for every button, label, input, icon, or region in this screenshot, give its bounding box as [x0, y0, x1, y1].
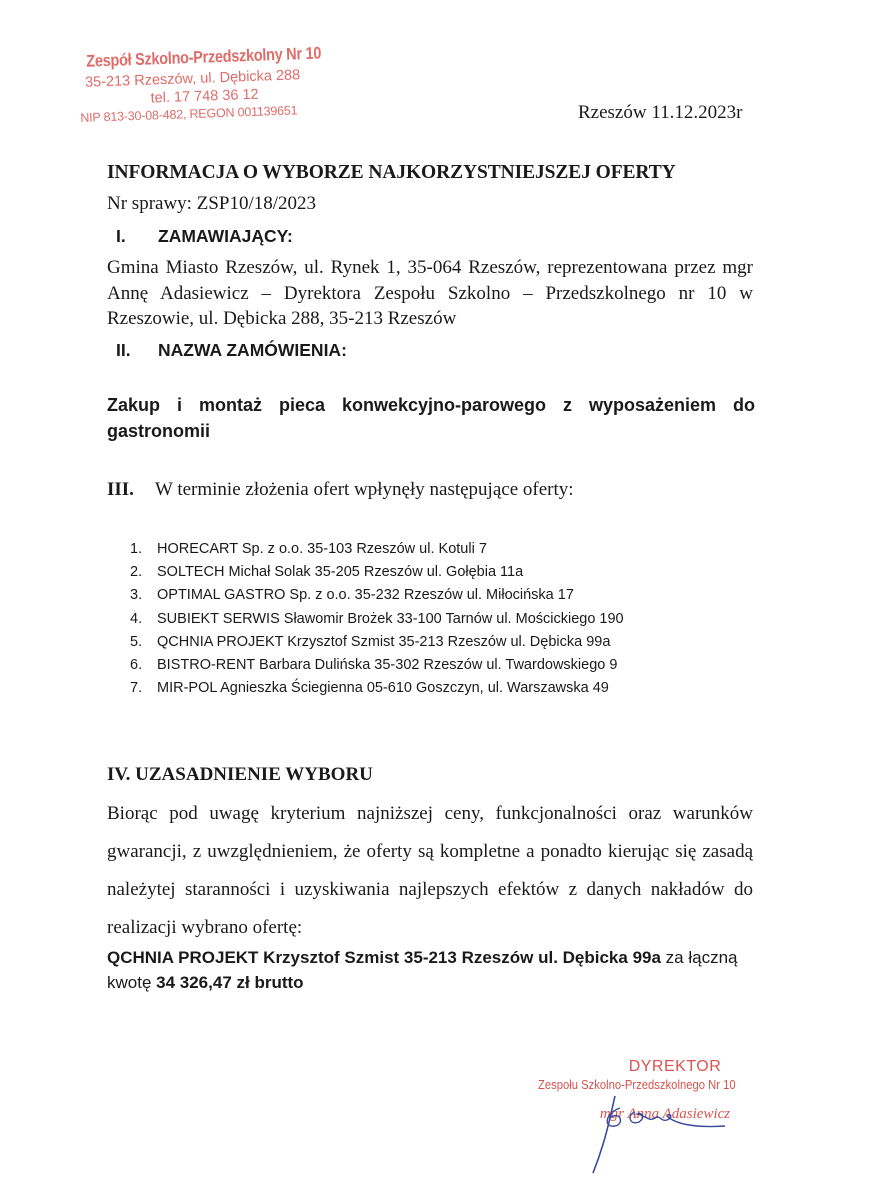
offer-item: 4.SUBIEKT SERWIS Sławomir Brożek 33-100 …: [130, 608, 624, 631]
signature-role: DYREKTOR: [590, 1058, 760, 1076]
justification-text: Biorąc pod uwagę kryterium najniższej ce…: [107, 795, 753, 947]
section-2-number: II.: [116, 340, 158, 361]
section-3-title: W terminie złożenia ofert wpłynęły nastę…: [155, 479, 574, 500]
order-name: Zakup i montaż pieca konwekcyjno-paroweg…: [107, 392, 755, 444]
section-2-title: NAZWA ZAMÓWIENIA:: [158, 340, 347, 360]
school-stamp: Zespół Szkolno-Przedszkolny Nr 10 35-213…: [78, 43, 330, 125]
handwritten-signature-icon: [585, 1088, 735, 1178]
section-4-heading: IV. UZASADNIENIE WYBORU: [107, 764, 373, 786]
offer-item: 5.QCHNIA PROJEKT Krzysztof Szmist 35-213…: [130, 631, 624, 654]
section-1-number: I.: [116, 226, 158, 247]
section-2-heading: II.NAZWA ZAMÓWIENIA:: [116, 340, 347, 361]
offer-item: 3.OPTIMAL GASTRO Sp. z o.o. 35-232 Rzesz…: [130, 584, 624, 607]
offer-item: 6.BISTRO-RENT Barbara Dulińska 35-302 Rz…: [130, 654, 624, 677]
offer-item: 1.HORECART Sp. z o.o. 35-103 Rzeszów ul.…: [130, 538, 624, 561]
section-1-heading: I.ZAMAWIAJĄCY:: [116, 226, 293, 247]
winner-amount: 34 326,47 zł brutto: [156, 973, 303, 992]
section-1-title: ZAMAWIAJĄCY:: [158, 226, 293, 246]
document-title: INFORMACJA O WYBORZE NAJKORZYSTNIEJSZEJ …: [107, 162, 676, 184]
offer-item: 7.MIR-POL Agnieszka Ściegienna 05-610 Go…: [130, 677, 624, 700]
selected-offer: QCHNIA PROJEKT Krzysztof Szmist 35-213 R…: [107, 945, 767, 995]
offer-item: 2.SOLTECH Michał Solak 35-205 Rzeszów ul…: [130, 561, 624, 584]
case-number: Nr sprawy: ZSP10/18/2023: [107, 193, 316, 215]
winner-name: QCHNIA PROJEKT Krzysztof Szmist 35-213 R…: [107, 948, 661, 967]
section-3-heading: III.W terminie złożenia ofert wpłynęły n…: [107, 479, 574, 501]
signature-block: DYREKTOR Zespołu Szkolno-Przedszkolnego …: [530, 1058, 760, 1123]
document-date: Rzeszów 11.12.2023r: [578, 102, 742, 124]
section-3-number: III.: [107, 479, 155, 501]
section-1-text: Gmina Miasto Rzeszów, ul. Rynek 1, 35-06…: [107, 255, 753, 332]
offers-list: 1.HORECART Sp. z o.o. 35-103 Rzeszów ul.…: [130, 538, 624, 700]
